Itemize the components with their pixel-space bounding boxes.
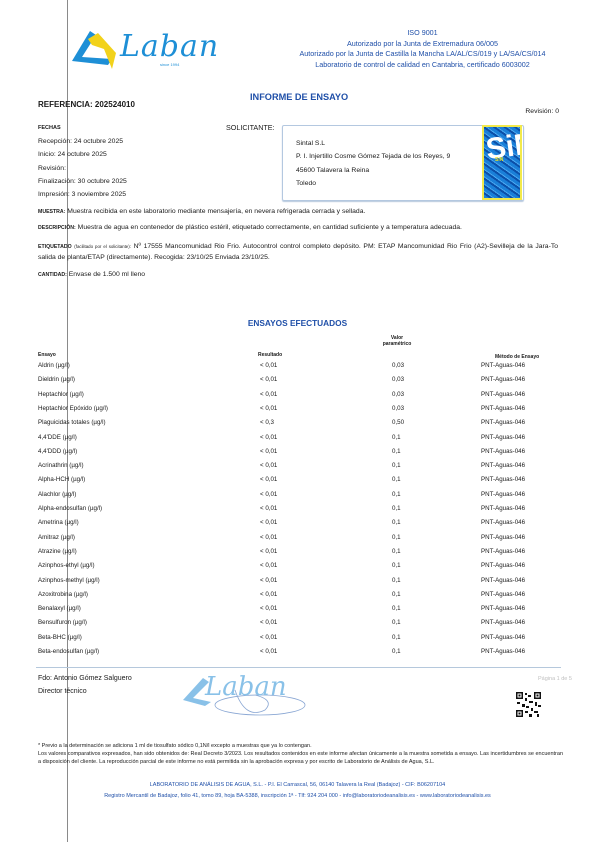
table-row: Benalaxyl (µg/l)< 0,010,1PNT-Aguas-046 <box>0 605 595 619</box>
test-result: < 0,01 <box>260 534 277 541</box>
test-result: < 0,01 <box>260 648 277 655</box>
test-parametric-value: 0,1 <box>392 519 401 526</box>
signature-block: Fdo: Antonio Gómez Salguero Director téc… <box>38 672 132 698</box>
date-print: Impresión: 3 noviembre 2025 <box>38 188 127 201</box>
table-row: Beta-BHC (µg/l)< 0,010,1PNT-Aguas-046 <box>0 634 595 648</box>
test-parametric-value: 0,1 <box>392 605 401 612</box>
test-method: PNT-Aguas-046 <box>481 376 525 383</box>
table-row: Azinphos-ethyl (µg/l)< 0,010,1PNT-Aguas-… <box>0 562 595 576</box>
test-parametric-value: 0,03 <box>392 405 404 412</box>
table-row: Beta-endosulfan (µg/l)< 0,010,1PNT-Aguas… <box>0 648 595 662</box>
table-row: Ametrina (µg/l)< 0,010,1PNT-Aguas-046 <box>0 519 595 533</box>
test-name: Bensulfuron (µg/l) <box>38 619 87 626</box>
muestra-text: Muestra recibida en este laboratorio med… <box>67 208 365 215</box>
accreditation-line: Laboratorio de control de calidad en Can… <box>290 60 555 71</box>
test-name: Plaguicidas totales (µg/l) <box>38 419 106 426</box>
test-method: PNT-Aguas-046 <box>481 419 525 426</box>
test-result: < 0,01 <box>260 476 277 483</box>
test-result: < 0,01 <box>260 619 277 626</box>
test-method: PNT-Aguas-046 <box>481 577 525 584</box>
table-row: Alpha-HCH (µg/l)< 0,010,1PNT-Aguas-046 <box>0 476 595 490</box>
test-parametric-value: 0,1 <box>392 476 401 483</box>
signer-role: Director técnico <box>38 685 132 698</box>
table-row: Alpha-endosulfan (µg/l)< 0,010,1PNT-Agua… <box>0 505 595 519</box>
page-number: Página 1 de 5 <box>538 676 572 682</box>
qr-code[interactable] <box>516 692 541 717</box>
footer-registry: Registro Mercantil de Badajoz, folio 41,… <box>0 791 595 802</box>
test-method: PNT-Aguas-046 <box>481 562 525 569</box>
etiquetado-key: ETIQUETADO <box>38 244 72 250</box>
test-parametric-value: 0,1 <box>392 462 401 469</box>
test-parametric-value: 0,1 <box>392 562 401 569</box>
footer: LABORATORIO DE ANÁLISIS DE AGUA, S.L. - … <box>0 780 595 802</box>
table-row: Aldrin (µg/l)< 0,010,03PNT-Aguas-046 <box>0 362 595 376</box>
note-preservative: * Previo a la determinación se adiciona … <box>38 742 563 750</box>
test-name: Aldrin (µg/l) <box>38 362 70 369</box>
tests-title: ENSAYOS EFECTUADOS <box>0 318 595 328</box>
test-result: < 0,01 <box>260 491 277 498</box>
test-result: < 0,01 <box>260 434 277 441</box>
table-row: Heptachlor Epóxido (µg/l)< 0,010,03PNT-A… <box>0 405 595 419</box>
test-parametric-value: 0,1 <box>392 577 401 584</box>
test-result: < 0,01 <box>260 605 277 612</box>
etiquetado-note: (facilitado por el solicitante): <box>74 244 131 249</box>
reference-number: REFERENCIA: 202524010 <box>38 100 135 109</box>
table-row: Alachlor (µg/l)< 0,010,1PNT-Aguas-046 <box>0 491 595 505</box>
sample-etiquetado: ETIQUETADO (facilitado por el solicitant… <box>38 242 558 262</box>
col-header-valor: Valor paramétrico <box>378 335 416 347</box>
applicant-name: Sintal S.L <box>296 137 450 150</box>
test-method: PNT-Aguas-046 <box>481 548 525 555</box>
test-method: PNT-Aguas-046 <box>481 505 525 512</box>
test-method: PNT-Aguas-046 <box>481 362 525 369</box>
test-result: < 0,01 <box>260 391 277 398</box>
test-method: PNT-Aguas-046 <box>481 534 525 541</box>
test-name: Alpha-endosulfan (µg/l) <box>38 505 102 512</box>
col-header-metodo: Método de Ensayo <box>495 354 539 360</box>
test-name: Alpha-HCH (µg/l) <box>38 476 85 483</box>
notes: * Previo a la determinación se adiciona … <box>38 742 563 766</box>
table-row: Plaguicidas totales (µg/l)< 0,30,50PNT-A… <box>0 419 595 433</box>
test-parametric-value: 0,1 <box>392 648 401 655</box>
test-result: < 0,01 <box>260 519 277 526</box>
company-stamp: Laban <box>175 670 325 725</box>
test-name: Beta-endosulfan (µg/l) <box>38 648 99 655</box>
applicant-logo-small: SiN <box>495 157 503 163</box>
test-method: PNT-Aguas-046 <box>481 448 525 455</box>
test-method: PNT-Aguas-046 <box>481 591 525 598</box>
test-method: PNT-Aguas-046 <box>481 634 525 641</box>
descripcion-text: Muestra de agua en contenedor de plástic… <box>78 224 462 231</box>
col-header-ensayo: Ensayo <box>38 352 56 358</box>
applicant-street: P. I. Injertillo Cosme Gómez Tejada de l… <box>296 150 450 163</box>
table-row: Azinphos-methyl (µg/l)< 0,010,1PNT-Aguas… <box>0 577 595 591</box>
accreditation-line: ISO 9001 <box>290 28 555 39</box>
test-parametric-value: 0,1 <box>392 591 401 598</box>
cantidad-text: Envase de 1.500 ml lleno <box>69 271 145 278</box>
signer-name: Fdo: Antonio Gómez Salguero <box>38 672 132 685</box>
test-result: < 0,3 <box>260 419 274 426</box>
descripcion-key: DESCRIPCIÓN: <box>38 225 76 231</box>
stamp-wordmark: Laban <box>205 672 287 702</box>
test-result: < 0,01 <box>260 591 277 598</box>
table-row: Dieldrin (µg/l)< 0,010,03PNT-Aguas-046 <box>0 376 595 390</box>
applicant-label: SOLICITANTE: <box>226 123 275 132</box>
table-row: Acrinathrin (µg/l)< 0,010,1PNT-Aguas-046 <box>0 462 595 476</box>
dates-heading: FECHAS <box>38 122 127 135</box>
table-row: Bensulfuron (µg/l)< 0,010,1PNT-Aguas-046 <box>0 619 595 633</box>
footer-company: LABORATORIO DE ANÁLISIS DE AGUA, S.L. - … <box>0 780 595 791</box>
test-parametric-value: 0,1 <box>392 548 401 555</box>
test-method: PNT-Aguas-046 <box>481 434 525 441</box>
sample-descripcion: DESCRIPCIÓN: Muestra de agua en contened… <box>38 223 558 234</box>
col-header-resultado: Resultado <box>258 352 282 358</box>
separator-line <box>36 667 561 668</box>
table-row: Heptachlor (µg/l)< 0,010,03PNT-Aguas-046 <box>0 391 595 405</box>
test-parametric-value: 0,1 <box>392 434 401 441</box>
revision: Revisión: 0 <box>525 108 559 115</box>
table-row: 4,4'DDE (µg/l)< 0,010,1PNT-Aguas-046 <box>0 434 595 448</box>
test-result: < 0,01 <box>260 562 277 569</box>
test-method: PNT-Aguas-046 <box>481 462 525 469</box>
test-method: PNT-Aguas-046 <box>481 391 525 398</box>
dates-block: FECHAS Recepción: 24 octubre 2025 Inicio… <box>38 122 127 201</box>
table-row: Amitraz (µg/l)< 0,010,1PNT-Aguas-046 <box>0 534 595 548</box>
accreditation-line: Autorizado por la Junta de Extremadura 0… <box>290 39 555 50</box>
report-title: INFORME DE ENSAYO <box>250 92 400 102</box>
applicant-address: Sintal S.L P. I. Injertillo Cosme Gómez … <box>296 137 450 190</box>
test-name: Beta-BHC (µg/l) <box>38 634 82 641</box>
table-row: 4,4'DDD (µg/l)< 0,010,1PNT-Aguas-046 <box>0 448 595 462</box>
test-name: 4,4'DDE (µg/l) <box>38 434 77 441</box>
test-name: Alachlor (µg/l) <box>38 491 76 498</box>
test-name: Acrinathrin (µg/l) <box>38 462 84 469</box>
test-result: < 0,01 <box>260 376 277 383</box>
test-parametric-value: 0,1 <box>392 634 401 641</box>
test-result: < 0,01 <box>260 505 277 512</box>
test-parametric-value: 0,03 <box>392 376 404 383</box>
accreditation-line: Autorizado por la Junta de Castilla la M… <box>290 49 555 60</box>
qr-code-icon <box>516 692 541 717</box>
applicant-province: Toledo <box>296 177 450 190</box>
table-row: Atrazine (µg/l)< 0,010,1PNT-Aguas-046 <box>0 548 595 562</box>
test-method: PNT-Aguas-046 <box>481 619 525 626</box>
test-name: Ametrina (µg/l) <box>38 519 79 526</box>
test-name: Benalaxyl (µg/l) <box>38 605 81 612</box>
laban-logo: Laban since 1994 <box>68 25 218 70</box>
logo-since: since 1994 <box>160 62 179 67</box>
table-row: Azoxitrobina (µg/l)< 0,010,1PNT-Aguas-04… <box>0 591 595 605</box>
test-result: < 0,01 <box>260 634 277 641</box>
test-name: Azinphos-ethyl (µg/l) <box>38 562 95 569</box>
test-name: Azoxitrobina (µg/l) <box>38 591 88 598</box>
test-result: < 0,01 <box>260 577 277 584</box>
date-start: Inicio: 24 octubre 2025 <box>38 148 127 161</box>
test-name: Heptachlor Epóxido (µg/l) <box>38 405 108 412</box>
test-name: Azinphos-methyl (µg/l) <box>38 577 100 584</box>
test-parametric-value: 0,1 <box>392 619 401 626</box>
test-name: 4,4'DDD (µg/l) <box>38 448 77 455</box>
test-name: Amitraz (µg/l) <box>38 534 75 541</box>
test-name: Heptachlor (µg/l) <box>38 391 84 398</box>
sample-muestra: MUESTRA: Muestra recibida en este labora… <box>38 207 558 218</box>
test-method: PNT-Aguas-046 <box>481 648 525 655</box>
test-method: PNT-Aguas-046 <box>481 605 525 612</box>
test-result: < 0,01 <box>260 405 277 412</box>
muestra-key: MUESTRA: <box>38 209 65 215</box>
test-result: < 0,01 <box>260 548 277 555</box>
test-parametric-value: 0,1 <box>392 505 401 512</box>
note-legal: Los valores comparativos expresados, han… <box>38 750 563 766</box>
test-parametric-value: 0,03 <box>392 391 404 398</box>
test-parametric-value: 0,1 <box>392 534 401 541</box>
test-name: Dieldrin (µg/l) <box>38 376 75 383</box>
cantidad-key: CANTIDAD: <box>38 272 67 278</box>
test-method: PNT-Aguas-046 <box>481 491 525 498</box>
sample-cantidad: CANTIDAD: Envase de 1.500 ml lleno <box>38 270 558 281</box>
applicant-city: 45600 Talavera la Reina <box>296 164 450 177</box>
test-parametric-value: 0,03 <box>392 362 404 369</box>
applicant-logo: SiN SiN <box>482 125 522 200</box>
date-revision: Revisión: <box>38 162 127 175</box>
test-result: < 0,01 <box>260 462 277 469</box>
laban-logo-icon <box>68 25 128 70</box>
test-parametric-value: 0,1 <box>392 448 401 455</box>
logo-wordmark: Laban <box>120 29 219 64</box>
date-finalization: Finalización: 30 octubre 2025 <box>38 175 127 188</box>
test-parametric-value: 0,50 <box>392 419 404 426</box>
test-method: PNT-Aguas-046 <box>481 405 525 412</box>
test-method: PNT-Aguas-046 <box>481 519 525 526</box>
test-name: Atrazine (µg/l) <box>38 548 77 555</box>
test-parametric-value: 0,1 <box>392 491 401 498</box>
accreditations: ISO 9001 Autorizado por la Junta de Extr… <box>290 28 555 70</box>
test-method: PNT-Aguas-046 <box>481 476 525 483</box>
date-reception: Recepción: 24 octubre 2025 <box>38 135 127 148</box>
test-result: < 0,01 <box>260 448 277 455</box>
test-result: < 0,01 <box>260 362 277 369</box>
